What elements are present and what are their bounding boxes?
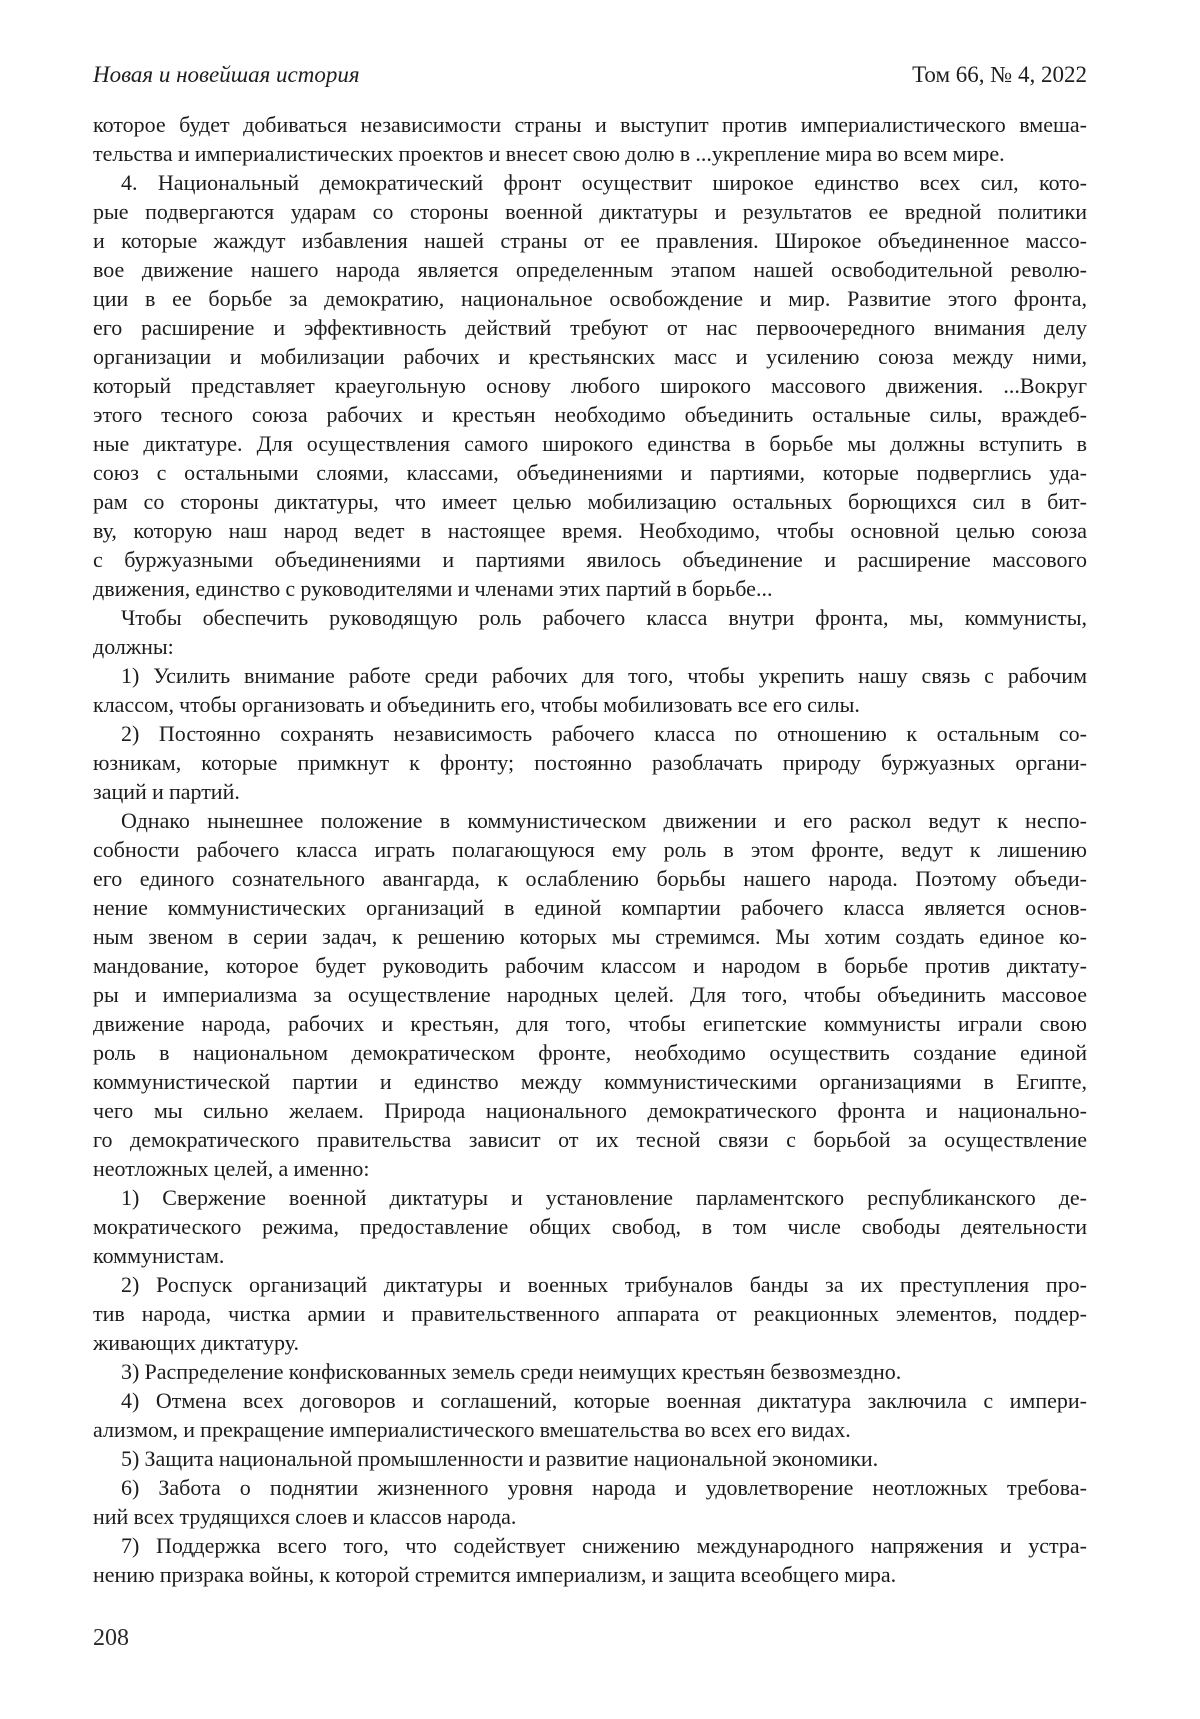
text-line: 2) Постоянно сохранять независимость раб… [93,719,1087,748]
text-line: его единого сознательного авангарда, к о… [93,864,1087,893]
page-number: 208 [93,1624,129,1652]
text-line: живающих диктатуру. [93,1328,1087,1357]
paragraph: 7) Поддержка всего того, что содействует… [93,1531,1087,1589]
text-line: ции в ее борьбе за демократию, националь… [93,284,1087,313]
text-line: 5) Защита национальной промышленности и … [93,1444,1087,1473]
text-line: движение народа, рабочих и крестьян, для… [93,1009,1087,1038]
text-line: 1) Усилить внимание работе среди рабочих… [93,661,1087,690]
issue-info: Том 66, № 4, 2022 [912,62,1087,88]
paragraph: Однако нынешнее положение в коммунистиче… [93,806,1087,1183]
text-line: Однако нынешнее положение в коммунистиче… [93,806,1087,835]
text-line: организации и мобилизации рабочих и крес… [93,342,1087,371]
text-line: нению призрака войны, к которой стремитс… [93,1560,1087,1589]
journal-title: Новая и новейшая история [93,62,360,88]
text-line: тельства и империалистических проектов и… [93,139,1087,168]
paragraph: 4) Отмена всех договоров и соглашений, к… [93,1386,1087,1444]
text-line: нение коммунистических организаций в еди… [93,893,1087,922]
text-line: ным звеном в серии задач, к решению кото… [93,922,1087,951]
text-line: 7) Поддержка всего того, что содействует… [93,1531,1087,1560]
journal-page: Новая и новейшая история Том 66, № 4, 20… [0,0,1200,1719]
text-line: союз с остальными слоями, классами, объе… [93,458,1087,487]
text-line: роль в национальном демократическом фрон… [93,1038,1087,1067]
text-line: ры и империализма за осуществление народ… [93,980,1087,1009]
text-line: го демократического правительства зависи… [93,1125,1087,1154]
text-line: которое будет добиваться независимости с… [93,110,1087,139]
text-line: 2) Роспуск организаций диктатуры и военн… [93,1270,1087,1299]
text-line: 3) Распределение конфискованных земель с… [93,1357,1087,1386]
text-line: ний всех трудящихся слоев и классов наро… [93,1502,1087,1531]
text-line: мандование, которое будет руководить раб… [93,951,1087,980]
text-line: его расширение и эффективность действий … [93,313,1087,342]
text-line: 6) Забота о поднятии жизненного уровня н… [93,1473,1087,1502]
paragraph: 4. Национальный демократический фронт ос… [93,168,1087,603]
text-line: вое движение нашего народа является опре… [93,255,1087,284]
text-line: который представляет краеугольную основу… [93,371,1087,400]
paragraph: 3) Распределение конфискованных земель с… [93,1357,1087,1386]
paragraph: 5) Защита национальной промышленности и … [93,1444,1087,1473]
text-line: ализмом, и прекращение империалистическо… [93,1415,1087,1444]
text-line: должны: [93,632,1087,661]
paragraph: которое будет добиваться независимости с… [93,110,1087,168]
text-line: чего мы сильно желаем. Природа националь… [93,1096,1087,1125]
text-line: мократического режима, предоставление об… [93,1212,1087,1241]
text-line: коммунистической партии и единство между… [93,1067,1087,1096]
text-line: заций и партий. [93,777,1087,806]
paragraph: 2) Роспуск организаций диктатуры и военн… [93,1270,1087,1357]
paragraph: 2) Постоянно сохранять независимость раб… [93,719,1087,806]
text-line: и которые жаждут избавления нашей страны… [93,226,1087,255]
text-line: коммунистам. [93,1241,1087,1270]
document-body: которое будет добиваться независимости с… [93,110,1087,1589]
text-line: этого тесного союза рабочих и крестьян н… [93,400,1087,429]
paragraph: 1) Усилить внимание работе среди рабочих… [93,661,1087,719]
text-line: 1) Свержение военной диктатуры и установ… [93,1183,1087,1212]
text-line: тив народа, чистка армии и правительстве… [93,1299,1087,1328]
text-line: ву, которую наш народ ведет в настоящее … [93,516,1087,545]
paragraph: 1) Свержение военной диктатуры и установ… [93,1183,1087,1270]
paragraph: 6) Забота о поднятии жизненного уровня н… [93,1473,1087,1531]
text-line: 4) Отмена всех договоров и соглашений, к… [93,1386,1087,1415]
text-line: неотложных целей, а именно: [93,1154,1087,1183]
text-line: рам со стороны диктатуры, что имеет цель… [93,487,1087,516]
text-line: юзникам, которые примкнут к фронту; пост… [93,748,1087,777]
text-line: движения, единство с руководителями и чл… [93,574,1087,603]
text-line: с буржуазными объединениями и партиями я… [93,545,1087,574]
text-line: 4. Национальный демократический фронт ос… [93,168,1087,197]
paragraph: Чтобы обеспечить руководящую роль рабоче… [93,603,1087,661]
text-line: собности рабочего класса играть полагающ… [93,835,1087,864]
text-line: Чтобы обеспечить руководящую роль рабоче… [93,603,1087,632]
text-line: ные диктатуре. Для осуществления самого … [93,429,1087,458]
text-line: классом, чтобы организовать и объединить… [93,690,1087,719]
text-line: рые подвергаются ударам со стороны военн… [93,197,1087,226]
running-head: Новая и новейшая история Том 66, № 4, 20… [93,62,1087,88]
